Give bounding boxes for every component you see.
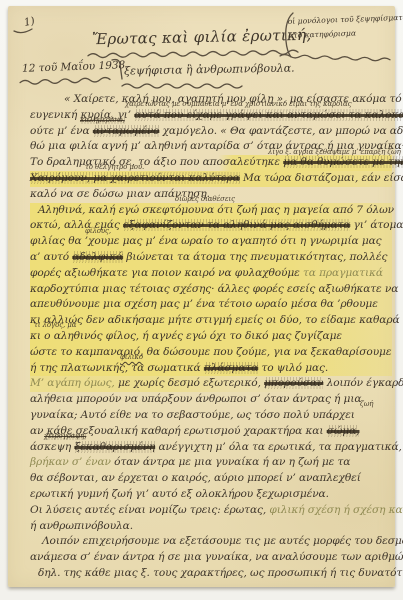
interline-insert: χαιρετώντας με συμπάθεια μ’ ένα χριστιαν… [125,101,351,108]
line-text: χαμόγελο. « Θα φαντάζεστε, αν μπορώ να α… [159,125,403,137]
manuscript-line: δίωρες διαθέσειςΑληθινά, καλή εγώ σκεφτό… [30,203,392,219]
manuscript-line: καλημερίσω,ούτε μ’ ένα ανταμωμένο χαμόγε… [30,124,392,140]
manuscript-line: ζωήγυναίκα; Αυτό είθε να το σεβαστούμε, … [30,408,392,424]
line-text: φιλίας θα ’χουμε μας μ’ ένα ωραίο το αγα… [30,235,382,247]
manuscript-line: Οι λύσεις αυτές είναι νομίζω τρεις: έρωτ… [30,503,392,519]
manuscript-line: τι λόγος, μακι ο αληθινός φίλος, ή αγνές… [30,329,392,345]
struck-text: ανταμωμένο [93,125,160,137]
line-text: ανάμεσα σ’ έναν άντρα ή σε μια γυναίκα, … [30,551,403,563]
manuscript-line: το θέλγητρό μου.Χαιρόμουν, μα χαιρετιούν… [30,171,392,187]
struck-text: πλάσματα [204,362,258,374]
manuscript-line: Λοιπόν επιχειρήσουμε να εξετάσουμε τις μ… [30,534,392,550]
interline-insert: το θέλγητρό μου. [85,164,144,171]
line-text: Οι λύσεις αυτές είναι νομίζω τρεις: έρωτ… [30,504,269,516]
line-text: απευθύνουμε μια σχέση μας μ’ ένα τέτοιο … [30,298,378,310]
interline-insert: καλημερίσω, [80,117,125,124]
line-text: α’ αυτό [30,251,72,263]
manuscript-line: αλήθεια μπορούν να υπάρξουν άνθρωποι σ’ … [30,392,392,408]
line-text: ώστε το καμπαναριό, θα δώσουμε που ζούμε… [30,346,391,358]
manuscript-line: θα σέβονται, αν έρχεται ο καιρός, αύριο … [30,471,392,487]
struck-text: μπορούσαν [264,377,323,389]
line-text: δηλ. της κάθε μιας ξ. τους χαρακτήρες, ω… [38,567,403,579]
light-ink-text: Μ’ αγάπη όμως, [30,377,115,389]
line-text: αλήθεια μπορούν να υπάρξουν άνθρωποι σ’ … [30,393,361,405]
line-text: ανέγγιχτη μ’ όλα τα ερωτικά, τα πραγματι… [155,441,403,453]
line-text: κι αλλιώς δεν αδικήσαμε μήτε στιγμή εμεί… [30,314,400,326]
manuscript-line: δηλ. της κάθε μιας ξ. τους χαρακτήρες, ω… [30,566,392,582]
light-ink-text: φιλική σχέση ή σχέση καθαρή [269,504,403,516]
line-text: καρδοχτύπια μιας τέτοιας σχέσης· άλλες φ… [30,283,398,295]
line-text: Μα τώρα διστάζομαι, εάν είσαι [240,172,403,184]
manuscript-line: κι αλλιώς δεν αδικήσαμε μήτε στιγμή εμεί… [30,313,392,329]
light-ink-text: βρήκαν σ’ έναν [30,456,111,468]
line-text: κι ο αληθινός φίλος, ή αγνές εγώ όχι το … [30,330,342,342]
struck-text: εξαφανίζονταν τα αληθινά μας αισθήματα [123,219,350,231]
interline-insert: δίωρες διαθέσεις [175,196,235,203]
interline-insert: φιλικό [120,354,143,361]
manuscript-line: φιλικόή της πλατωνικής, τα σωματικά πλάσ… [30,361,392,377]
manuscript-line: α’ αυτό αδελφικά βιώνεται τα άτομα της π… [30,250,392,266]
line-text: λοιπόν έγκαρδιες [323,377,403,389]
line-text: Αληθινά, καλή εγώ σκεφτόμουνα ότι ζωή μα… [38,204,394,216]
line-text: άσκεψη [30,441,74,453]
line-text: γυναίκα; Αυτό είθε να το σεβαστούμε, ως … [30,409,355,421]
manuscript-line: απευθύνουμε μια σχέση μας μ’ ένα τέτοιο … [30,297,392,313]
interline-insert: χειρόγραφη, [44,433,86,440]
struck-text: ξεκαθαρισμένη [74,441,155,453]
light-ink-text: τα πραγματικά [303,267,383,279]
line-text: ή της πλατωνικής, τα σωματικά [30,362,204,374]
interline-insert: τι λόγος, μα [34,322,76,329]
struck-text: Χαιρόμουν, μα χαιρετιούνται καλύτερα [30,172,240,184]
line-text: Το δραληματικό σε, το άξιο που αποσαλεύτ… [30,156,283,168]
manuscript-line: φίλους,φιλίας θα ’χουμε μας μ’ ένα ωραίο… [30,234,392,250]
struck-text: αδελφικά [72,251,123,263]
line-text: γι’ άτομα της [350,219,403,231]
manuscript-line: ώστε το καμπαναριό, θα δώσουμε που ζούμε… [30,345,392,361]
line-text: φορές αξιωθήκατε για ποιον καιρό να φυλα… [30,267,303,279]
manuscript-line: ή ανθρωπινόβουλα. [30,519,392,535]
manuscript-line: ερωτική γυμνή ζωή γι’ αυτό εξ ολοκλήρου … [30,487,392,503]
line-text: ερωτική γυμνή ζωή γι’ αυτό εξ ολοκλήρου … [30,488,329,500]
manuscript-line: ανάμεσα σ’ έναν άντρα ή σε μια γυναίκα, … [30,550,392,566]
page-number: 1) [23,15,36,29]
struck-text: αυτά που είχαμε γράψει και ανταμώσει τα … [134,109,403,121]
line-text: το ψιλό μας. [258,362,328,374]
manuscript-line: φορές αξιωθήκατε για ποιον καιρό να φυλα… [30,266,392,282]
line-text: θα σέβονται, αν έρχεται ο καιρός, αύριο … [30,472,361,484]
line-text: όταν άντρα με μια γυναίκα ή αν η ζωή με … [111,456,350,468]
interline-insert: φίλους, [85,228,111,235]
interline-insert: λίγο ξ. άγρια ξεθάψαμε μ’ έπαρξη ζωή [268,149,401,156]
corner-note: οἱ μονόλογοι τοῦ ξεψηφίσματος στὸ κατηφό… [288,11,401,44]
line-text: ούτε μ’ ένα [30,125,93,137]
manuscript-line: χειρόγραφη,άσκεψη ξεκαθαρισμένη ανέγγιχτ… [30,440,392,456]
line-text: Λοιπόν επιχειρήσουμε να εξετάσουμε τις μ… [42,535,403,547]
struck-text: σώμα, [327,425,360,437]
manuscript-line: καρδοχτύπια μιας τέτοιας σχέσης· άλλες φ… [30,282,392,298]
scanned-manuscript-page: 1) Ἔρωτας καὶ φιλία ἐρωτική, οἱ μονόλογο… [0,0,403,600]
manuscript-body: « Χαίρετε, καλή μου, αγαπητή μου φίλη »,… [30,92,392,582]
interline-insert: ζωή [360,401,373,408]
line-text: με χωρίς δεσμό εξωτερικό, [115,377,264,389]
struck-text: μα θα θυμώσετε με την απόκριση [283,156,403,168]
line-text: βιώνεται τα άτομα της πνευματικότητας, π… [123,251,387,263]
manuscript-line: βρήκαν σ’ έναν όταν άντρα με μια γυναίκα… [30,455,392,471]
manuscript-line: Μ’ αγάπη όμως, με χωρίς δεσμό εξωτερικό,… [30,376,392,392]
line-text: ή ανθρωπινόβουλα. [30,520,133,532]
